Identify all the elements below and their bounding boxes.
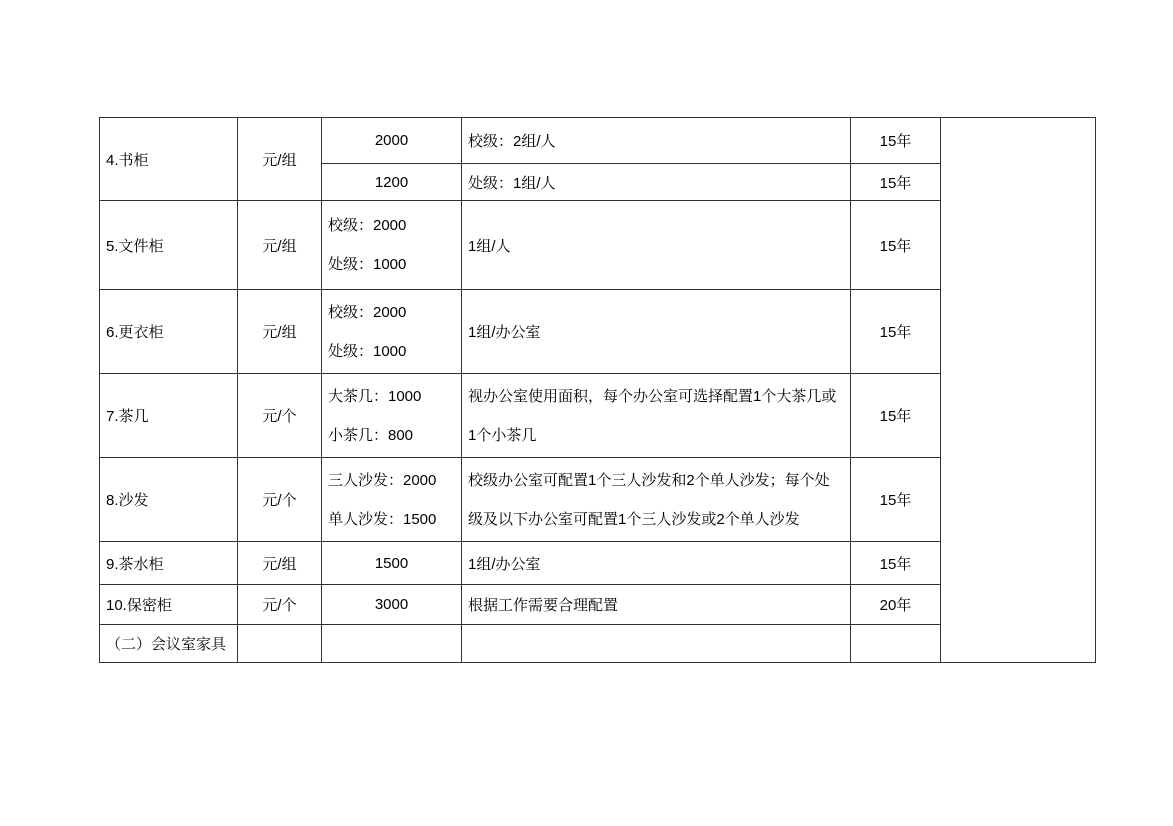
item-cell: 5.文件柜 — [100, 201, 238, 290]
years-cell: 15年 — [851, 164, 941, 201]
unit-cell: 元/组 — [238, 118, 322, 201]
price-line: 处级：1000 — [328, 332, 455, 371]
price-line: 单人沙发：1500 — [328, 500, 455, 539]
document-page: 4.书柜 元/组 2000 校级：2组/人 15年 1200 处级：1组/人 1… — [0, 0, 1173, 826]
unit-cell: 元/个 — [238, 458, 322, 542]
price-cell: 2000 — [322, 118, 462, 164]
unit-cell: 元/组 — [238, 542, 322, 585]
years-cell: 15年 — [851, 290, 941, 374]
table-row: 4.书柜 元/组 2000 校级：2组/人 15年 — [100, 118, 1096, 164]
standard-cell: 1组/人 — [462, 201, 851, 290]
price-cell: 校级：2000 处级：1000 — [322, 201, 462, 290]
price-line: 校级：2000 — [328, 293, 455, 332]
unit-cell: 元/组 — [238, 201, 322, 290]
years-cell: 15年 — [851, 118, 941, 164]
standard-cell: 处级：1组/人 — [462, 164, 851, 201]
standard-cell: 视办公室使用面积，每个办公室可选择配置1个大茶几或1个小茶几 — [462, 374, 851, 458]
years-cell: 15年 — [851, 542, 941, 585]
unit-cell: 元/个 — [238, 374, 322, 458]
section-header-cell: （二）会议室家具 — [100, 625, 238, 663]
years-cell: 20年 — [851, 585, 941, 625]
item-cell: 10.保密柜 — [100, 585, 238, 625]
price-cell: 3000 — [322, 585, 462, 625]
standard-cell: 1组/办公室 — [462, 290, 851, 374]
standard-cell: 1组/办公室 — [462, 542, 851, 585]
unit-cell: 元/组 — [238, 290, 322, 374]
price-line: 三人沙发：2000 — [328, 461, 455, 500]
unit-cell — [238, 625, 322, 663]
years-cell: 15年 — [851, 374, 941, 458]
price-line: 小茶几：800 — [328, 416, 455, 455]
price-cell: 1200 — [322, 164, 462, 201]
price-cell: 大茶几：1000 小茶几：800 — [322, 374, 462, 458]
unit-cell: 元/个 — [238, 585, 322, 625]
item-cell: 8.沙发 — [100, 458, 238, 542]
price-line: 处级：1000 — [328, 245, 455, 284]
item-cell: 7.茶几 — [100, 374, 238, 458]
item-cell: 9.茶水柜 — [100, 542, 238, 585]
item-cell: 4.书柜 — [100, 118, 238, 201]
years-cell: 15年 — [851, 201, 941, 290]
remarks-cell — [941, 118, 1096, 663]
standard-cell: 根据工作需要合理配置 — [462, 585, 851, 625]
furniture-allocation-table: 4.书柜 元/组 2000 校级：2组/人 15年 1200 处级：1组/人 1… — [99, 117, 1096, 663]
years-cell — [851, 625, 941, 663]
price-line: 大茶几：1000 — [328, 377, 455, 416]
price-cell: 1500 — [322, 542, 462, 585]
price-line: 校级：2000 — [328, 206, 455, 245]
item-cell: 6.更衣柜 — [100, 290, 238, 374]
standard-cell: 校级办公室可配置1个三人沙发和2个单人沙发；每个处级及以下办公室可配置1个三人沙… — [462, 458, 851, 542]
years-cell: 15年 — [851, 458, 941, 542]
price-cell — [322, 625, 462, 663]
standard-cell: 校级：2组/人 — [462, 118, 851, 164]
standard-cell — [462, 625, 851, 663]
price-cell: 校级：2000 处级：1000 — [322, 290, 462, 374]
price-cell: 三人沙发：2000 单人沙发：1500 — [322, 458, 462, 542]
